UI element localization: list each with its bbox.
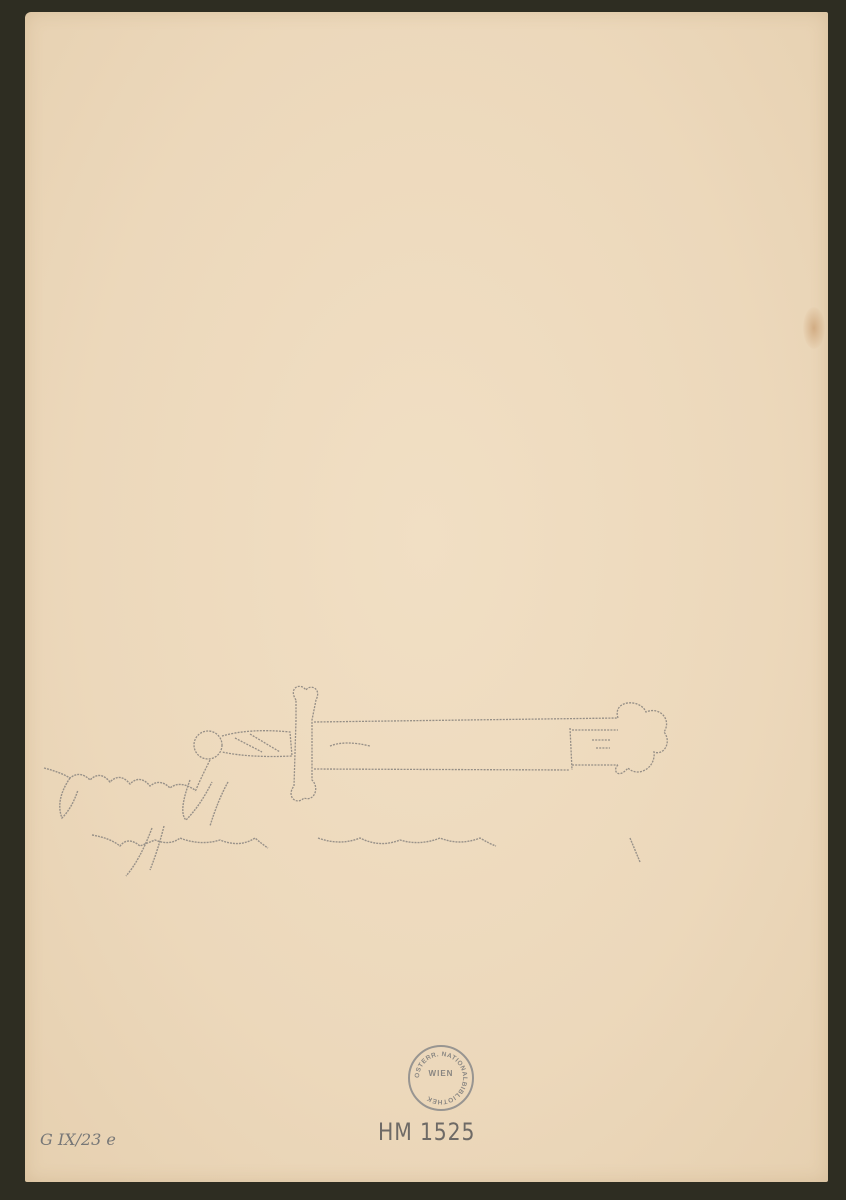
inventory-note: G IX/23 e	[40, 1130, 116, 1149]
stamp-ring: OSTERR. NATIONALBIBLIOTHEK	[410, 1047, 472, 1109]
shelfmark-label: HM 1525	[378, 1118, 475, 1146]
library-stamp: OSTERR. NATIONALBIBLIOTHEK WIEN	[408, 1045, 474, 1111]
sword-sketch	[0, 0, 846, 1200]
stamp-center-text: WIEN	[410, 1069, 472, 1078]
mirrored-inscription	[44, 768, 640, 876]
